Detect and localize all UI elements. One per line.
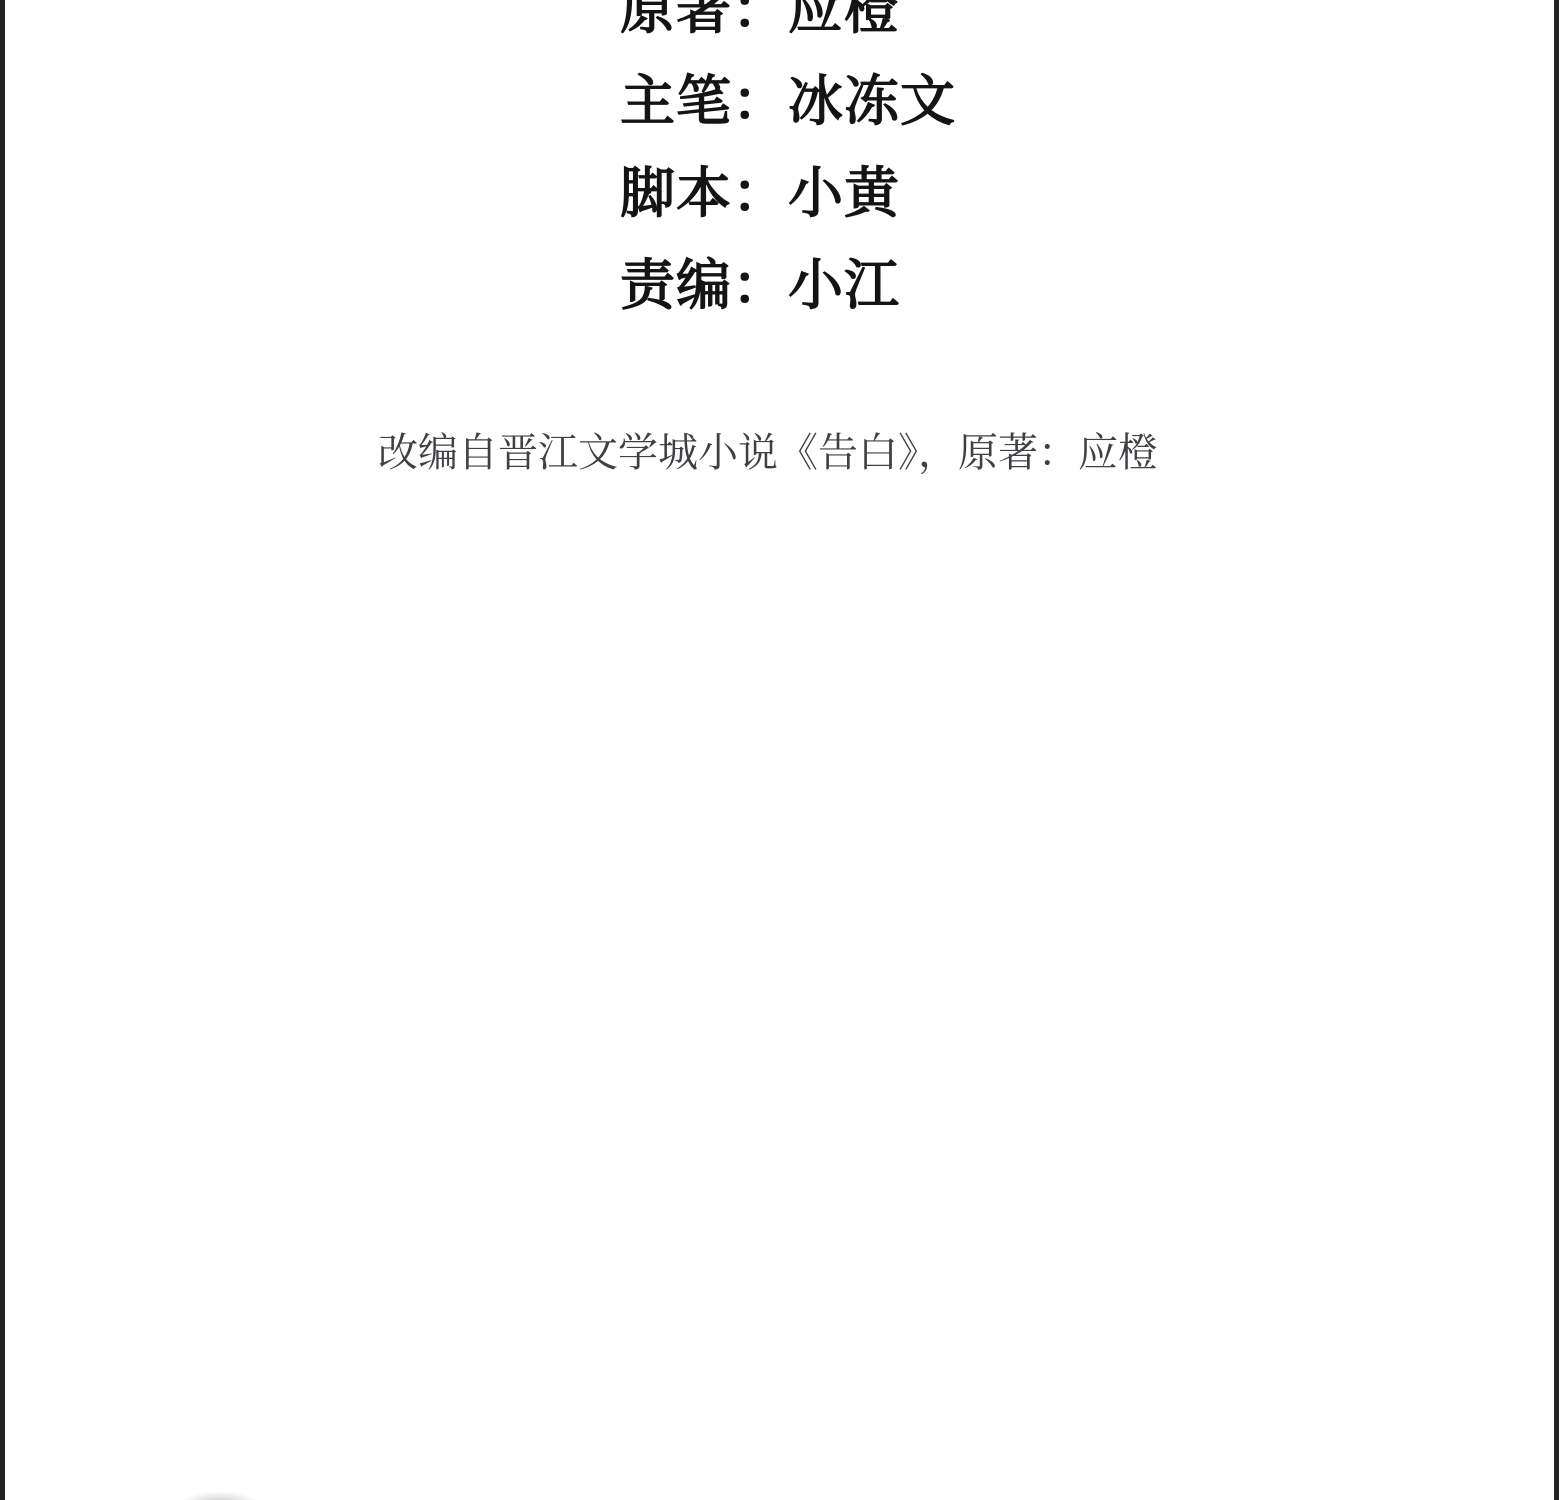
comic-credits-page: 原著：应橙 主笔：冰冻文 脚本：小黄 责编：小江 改编自晋江文学城小说《告白》，… [0, 0, 1559, 1500]
credit-line-lead-artist: 主笔：冰冻文 [620, 55, 956, 147]
cutoff-artwork-fragment [180, 1492, 260, 1500]
right-page-border [1554, 0, 1559, 1500]
adaptation-note: 改编自晋江文学城小说《告白》，原著：应橙 [378, 431, 1158, 475]
credit-line-original-author: 原著：应橙 [620, 0, 956, 55]
credit-line-editor: 责编：小江 [620, 239, 956, 331]
credits-block: 原著：应橙 主笔：冰冻文 脚本：小黄 责编：小江 [620, 0, 956, 331]
left-page-border [0, 0, 5, 1500]
credit-line-script-writer: 脚本：小黄 [620, 147, 956, 239]
